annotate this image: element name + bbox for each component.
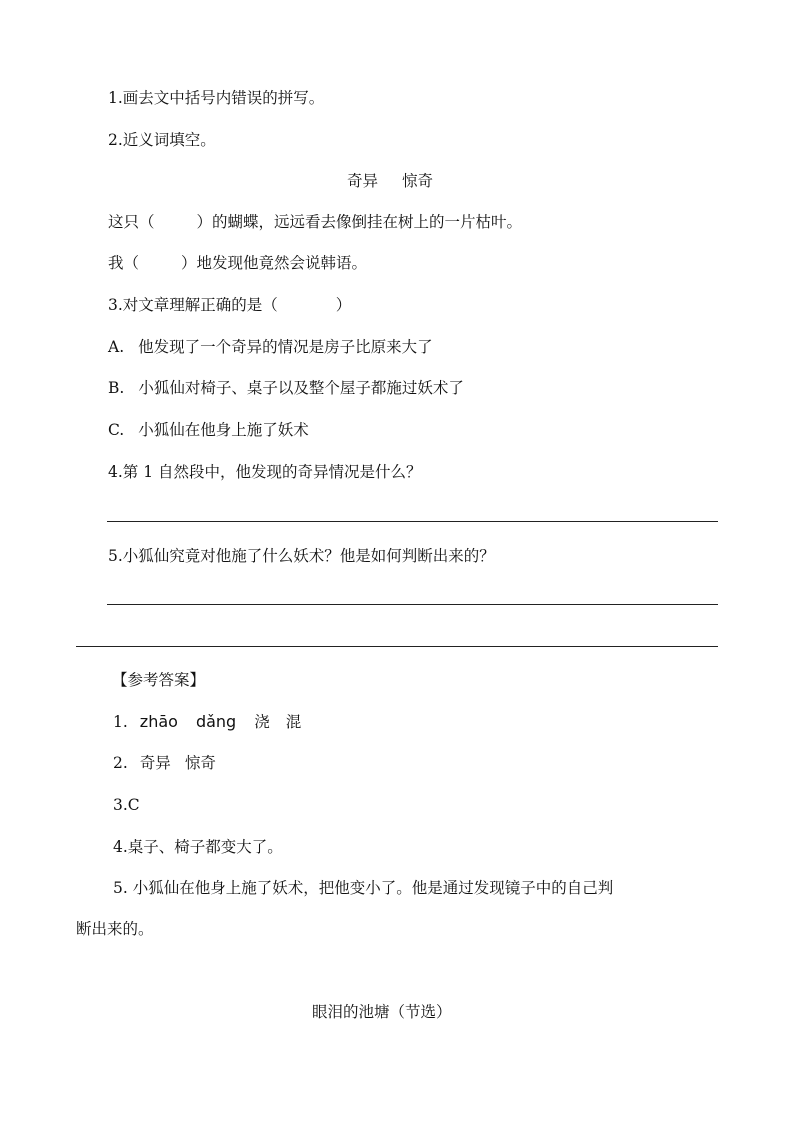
section-divider xyxy=(76,646,718,647)
answer-line[interactable] xyxy=(107,521,718,522)
question-3: 3.对文章理解正确的是（） xyxy=(108,295,351,315)
fill-sentence-2: 我（）地发现他竟然会说韩语。 xyxy=(108,253,367,273)
word-bank: 奇异惊奇 xyxy=(347,171,433,191)
answer-3: 3.C xyxy=(113,795,140,815)
option-a: A.他发现了一个奇异的情况是房子比原来大了 xyxy=(108,337,433,357)
answer-5-line-2: 断出来的。 xyxy=(76,919,154,939)
option-b: B.小狐仙对椅子、桌子以及整个屋子都施过妖术了 xyxy=(108,378,464,398)
word-bank-item: 惊奇 xyxy=(402,172,433,190)
answer-line[interactable] xyxy=(107,604,718,605)
answer-2: 2.奇异惊奇 xyxy=(113,753,216,773)
option-c: C.小狐仙在他身上施了妖术 xyxy=(108,420,309,440)
answer-4: 4.桌子、椅子都变大了。 xyxy=(113,837,283,857)
answer-5-line-1: 5. 小狐仙在他身上施了妖术，把他变小了。他是通过发现镜子中的自己判 xyxy=(113,878,613,898)
fill-sentence-1: 这只（）的蝴蝶，远远看去像倒挂在树上的一片枯叶。 xyxy=(108,212,522,232)
question-5: 5.小狐仙究竟对他施了什么妖术？他是如何判断出来的？ xyxy=(108,546,495,566)
question-1: 1.画去文中括号内错误的拼写。 xyxy=(108,88,324,108)
next-section-title: 眼泪的池塘（节选） xyxy=(312,1002,452,1022)
answers-heading: 【参考答案】 xyxy=(112,670,205,690)
question-2: 2.近义词填空。 xyxy=(108,130,216,150)
answer-1: 1.zhāodǎng浇混 xyxy=(113,712,301,732)
word-bank-item: 奇异 xyxy=(347,172,378,190)
question-4: 4.第 1 自然段中，他发现的奇异情况是什么？ xyxy=(108,462,422,482)
